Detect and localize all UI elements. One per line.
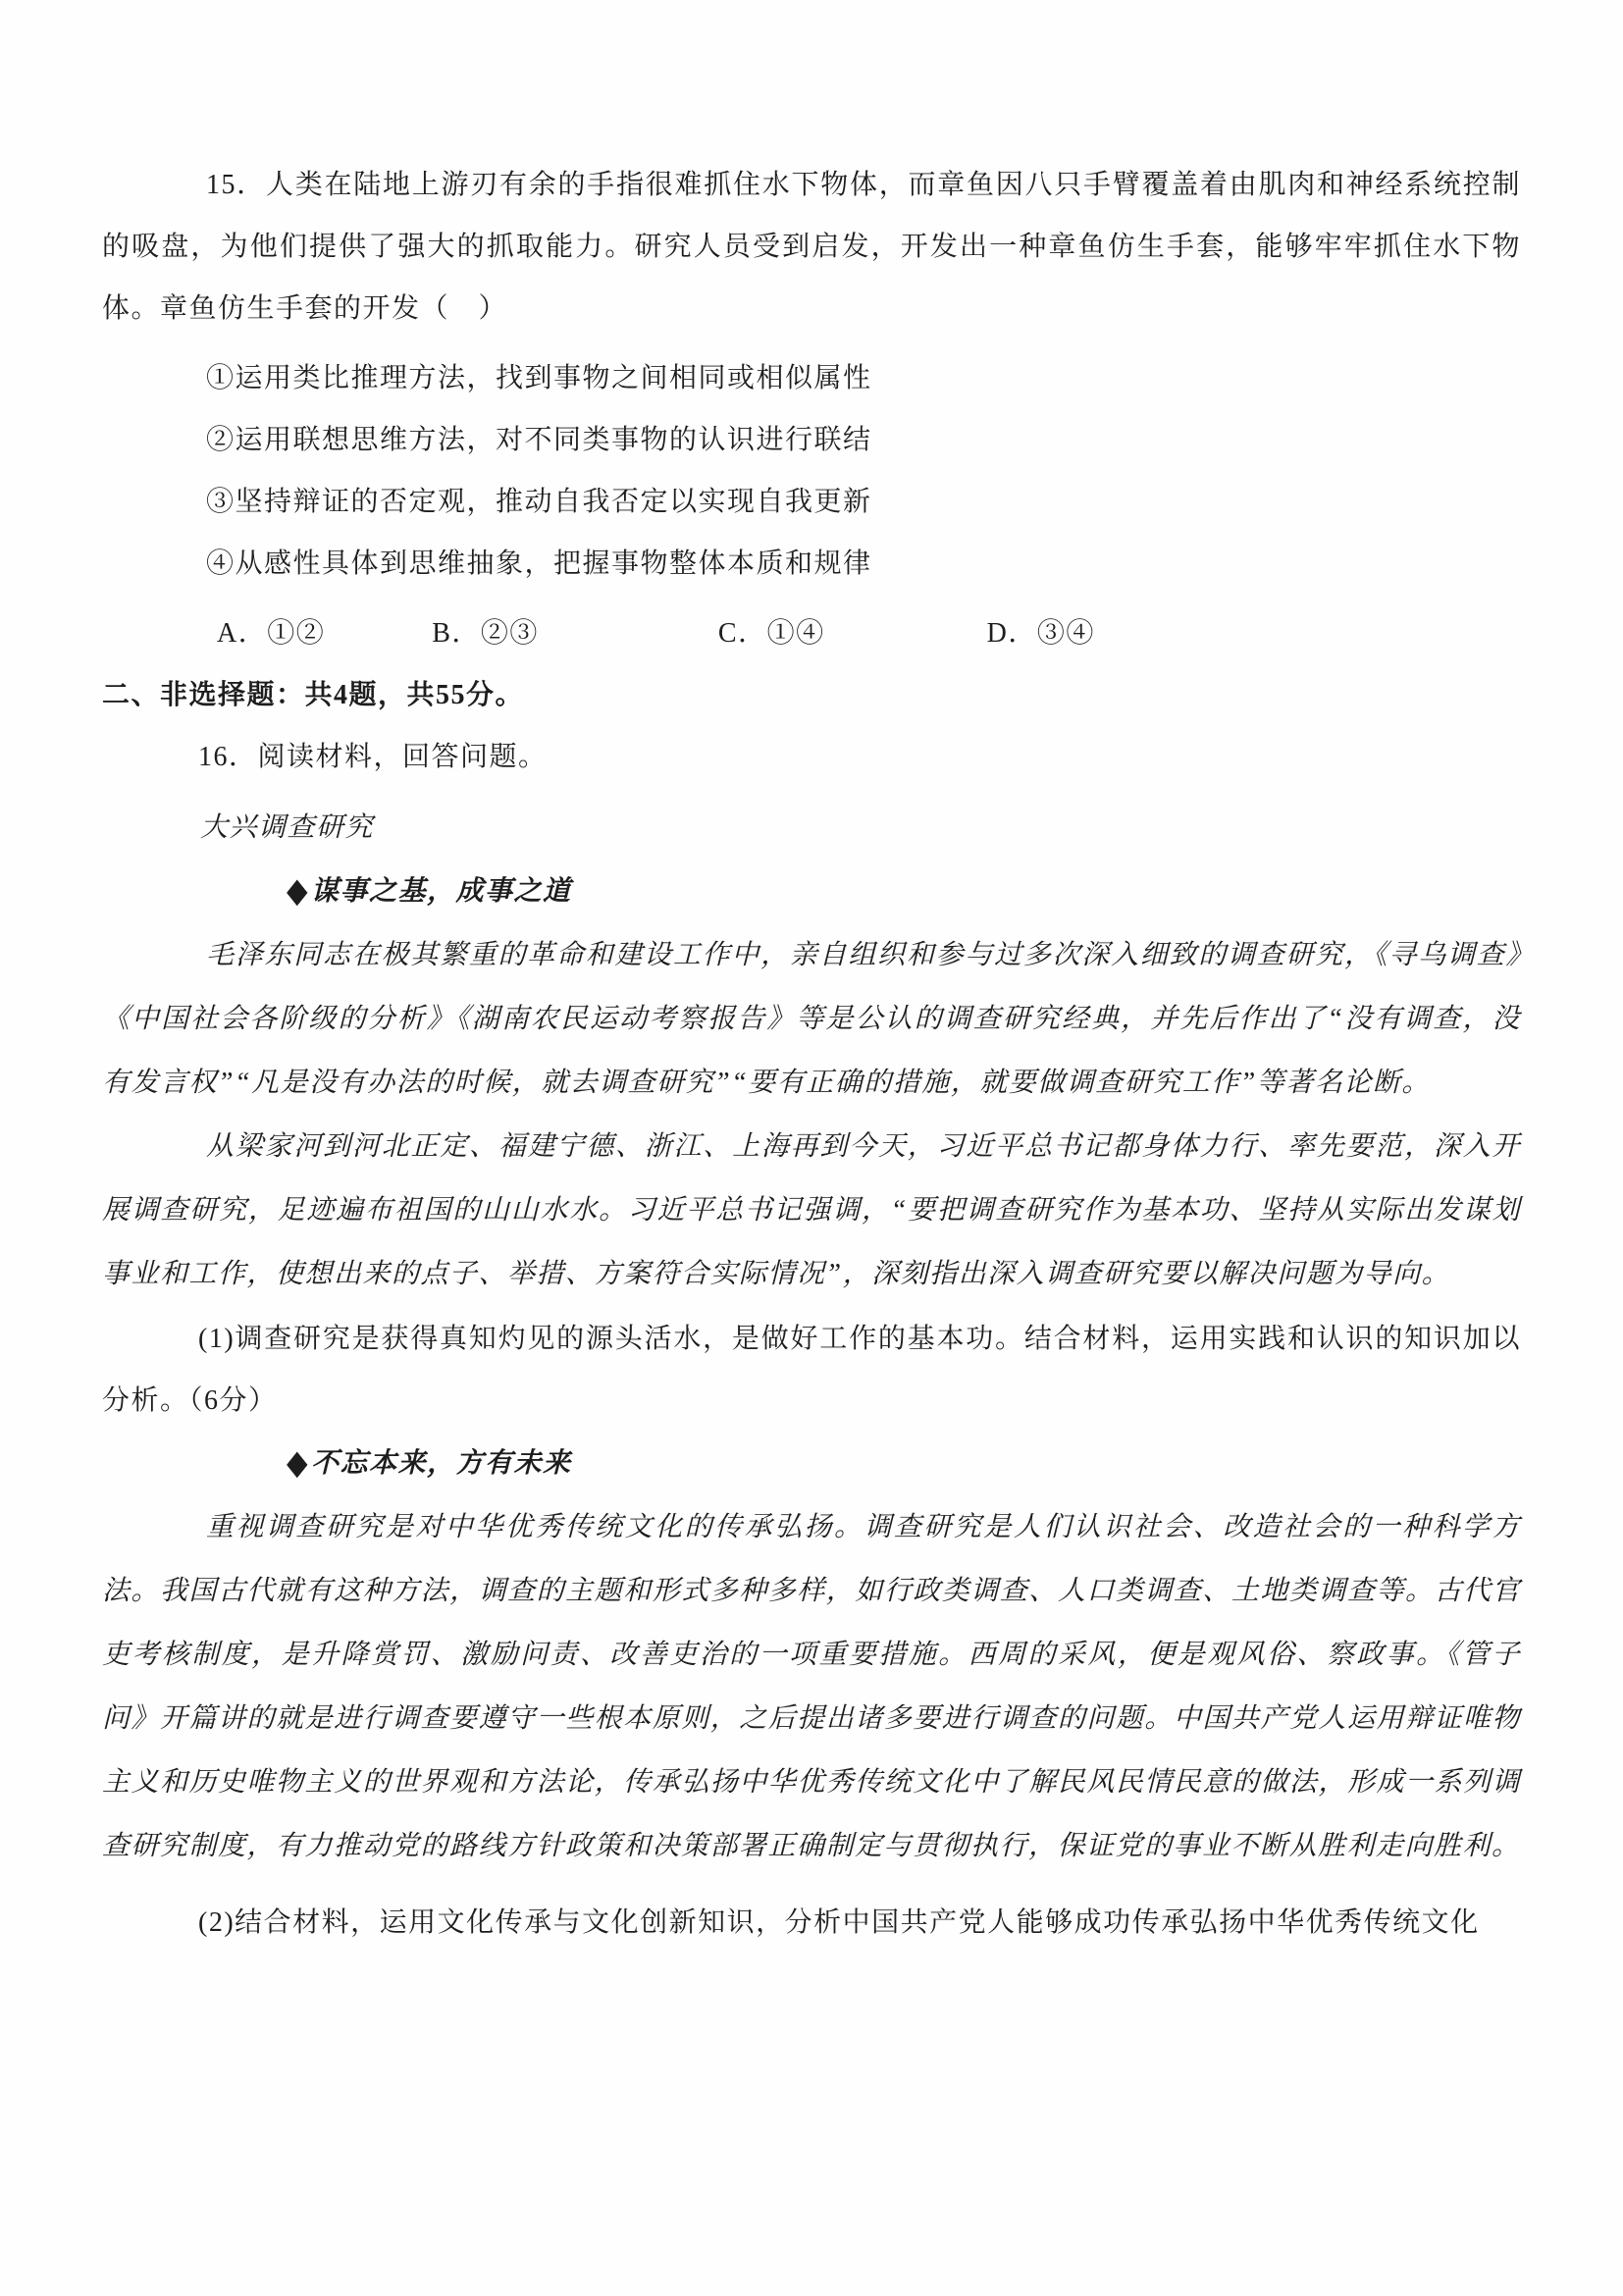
part1-subheading: ◆谋事之基，成事之道 [102,860,1521,923]
diamond-icon: ◆ [194,1424,309,1503]
material-title: 大兴调查研究 [102,796,1521,860]
question-15-stem: 15．人类在陆地上游刃有余的手指很难抓住水下物体，而章鱼因八只手臂覆盖着由肌肉和… [102,154,1521,339]
part1-paragraph-1: 毛泽东同志在极其繁重的革命和建设工作中，亲自组织和参与过多次深入细致的调查研究，… [102,923,1521,1115]
question-16-part2-question: (2)结合材料，运用文化传承与文化创新知识，分析中国共产党人能够成功传承弘扬中华… [102,1892,1521,1954]
question-15-options: ①运用类比推理方法，找到事物之间相同或相似属性 ②运用联想思维方法，对不同类事物… [102,347,1521,595]
diamond-icon: ◆ [194,852,309,931]
part2-subheading: ◆不忘本来，方有未来 [102,1432,1521,1495]
choice-d: D．③④ [987,602,1095,664]
page-content: 15．人类在陆地上游刃有余的手指很难抓住水下物体，而章鱼因八只手臂覆盖着由肌肉和… [102,154,1521,1954]
question-15-option-4: ④从感性具体到思维抽象，把握事物整体本质和规律 [102,533,1521,595]
question-15-option-1: ①运用类比推理方法，找到事物之间相同或相似属性 [102,347,1521,409]
question-15-option-3: ③坚持辩证的否定观，推动自我否定以实现自我更新 [102,471,1521,533]
part2-subheading-text: 不忘本来，方有未来 [311,1448,572,1479]
part2-paragraph-1: 重视调查研究是对中华优秀传统文化的传承弘扬。调查研究是人们认识社会、改造社会的一… [102,1495,1521,1878]
question-16-part1-question: (1)调查研究是获得真知灼见的源头活水，是做好工作的基本功。结合材料，运用实践和… [102,1308,1521,1432]
document-page: 15．人类在陆地上游刃有余的手指很难抓住水下物体，而章鱼因八只手臂覆盖着由肌肉和… [0,0,1623,2296]
question-15-option-2: ②运用联想思维方法，对不同类事物的认识进行联结 [102,409,1521,471]
choice-b: B．②③ [432,602,539,664]
question-15-choices: A．①② B．②③ C．①④ D．③④ [102,602,1521,664]
part1-paragraph-2: 从梁家河到河北正定、福建宁德、浙江、上海再到今天，习近平总书记都身体力行、率先要… [102,1115,1521,1306]
section-2-heading: 二、非选择题：共4题，共55分。 [102,664,1521,726]
choice-c: C．①④ [718,602,825,664]
part1-subheading-text: 谋事之基，成事之道 [311,876,572,907]
question-16-intro: 16．阅读材料，回答问题。 [102,726,1521,788]
choice-a: A．①② [217,602,325,664]
